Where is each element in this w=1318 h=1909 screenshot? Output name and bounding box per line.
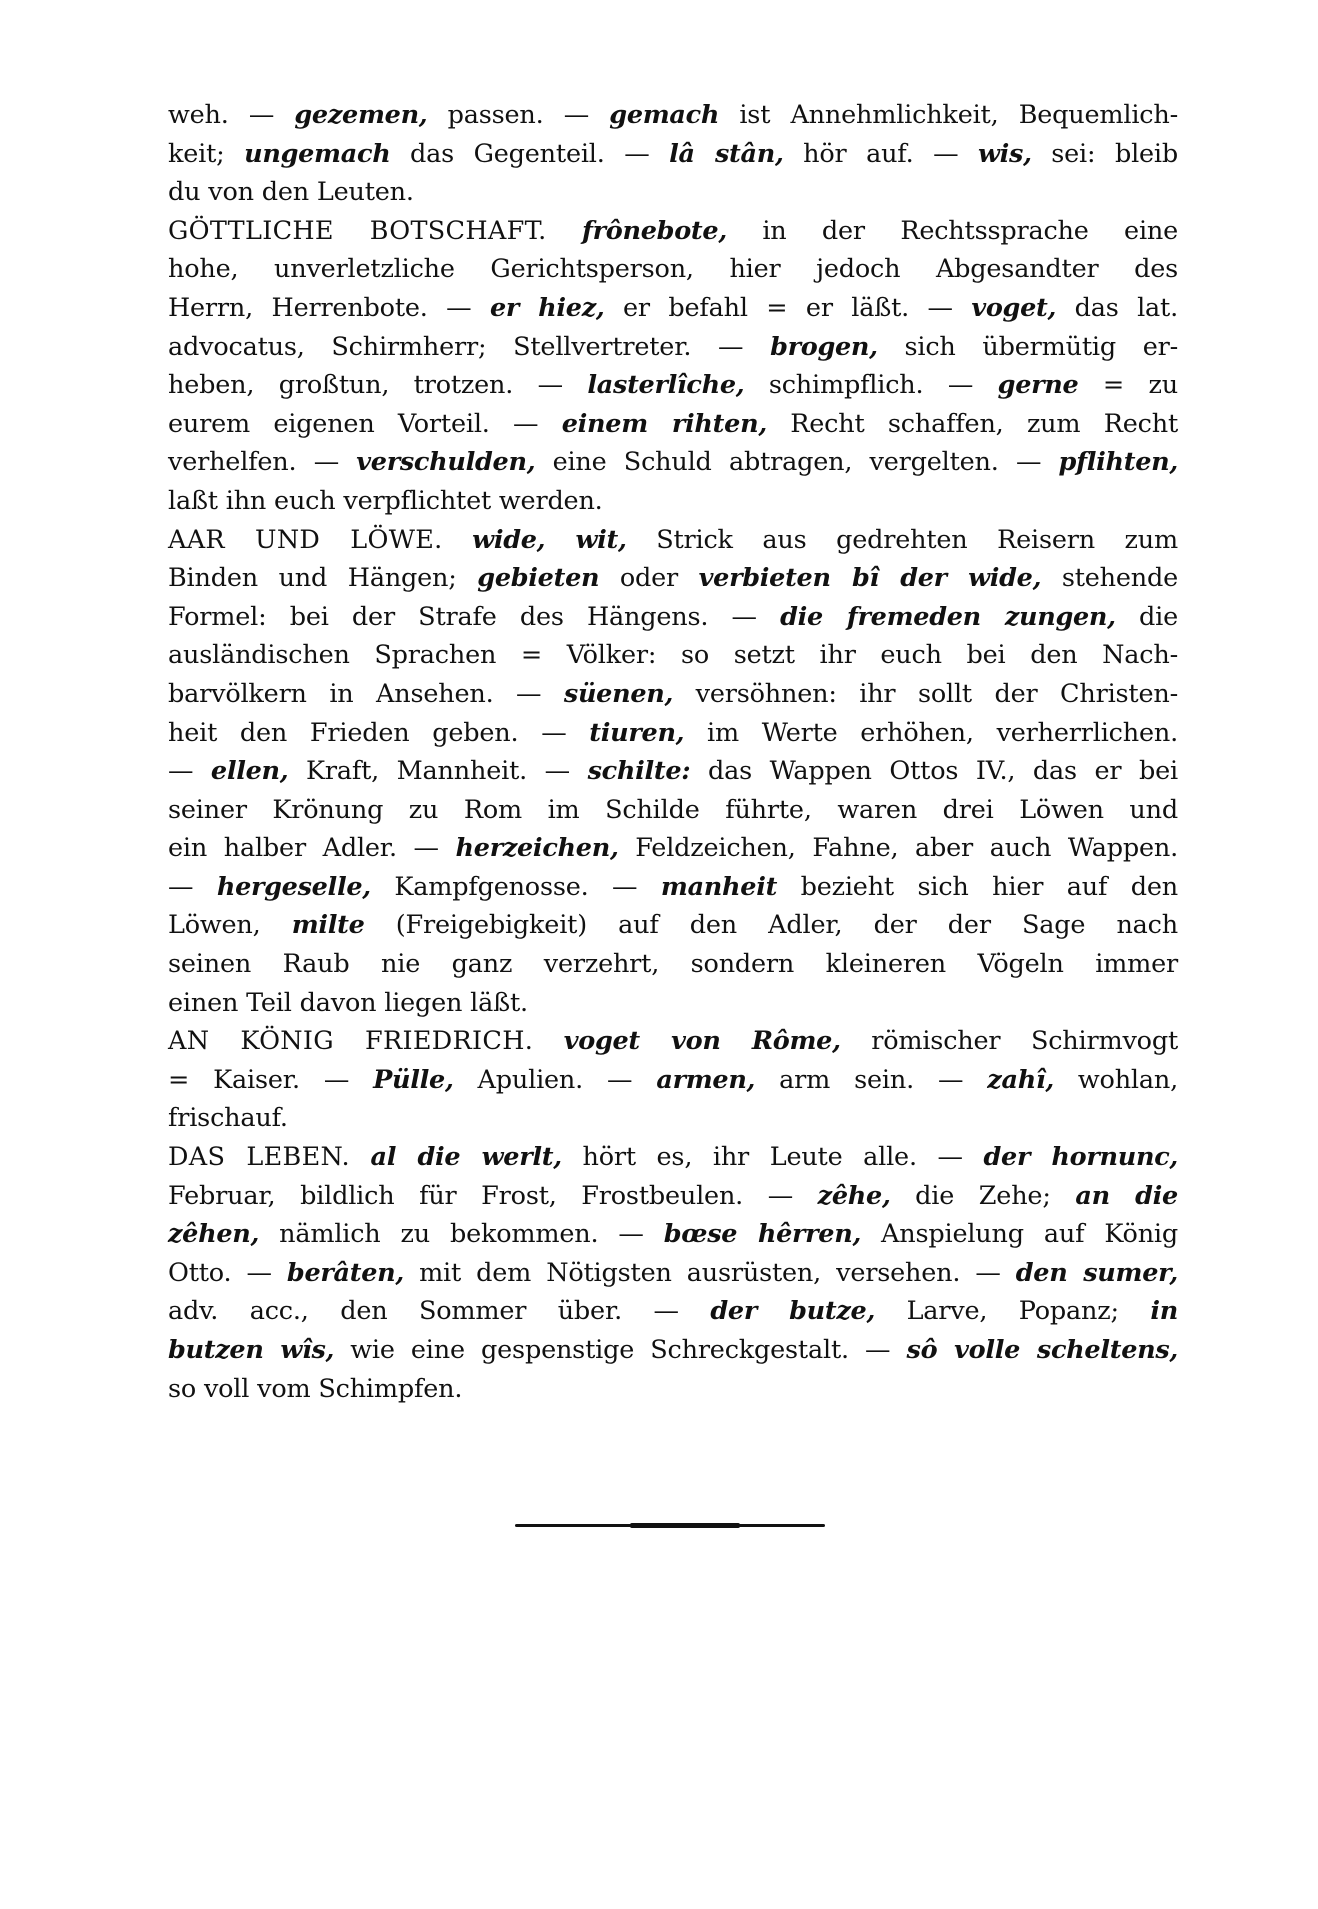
- gloss-text: versöhnen: ihr sollt der Christen-: [673, 679, 1178, 709]
- glossed-term: tiuren,: [589, 718, 684, 748]
- gloss-text: so voll vom Schimpfen.: [168, 1374, 462, 1404]
- text-line: seinen Raub nie ganz verzehrt, sondern k…: [168, 945, 1178, 984]
- gloss-text: (Freigebigkeit) auf den Adler, der der S…: [365, 910, 1178, 940]
- gloss-text: —: [168, 872, 217, 902]
- gloss-text: verhelfen. —: [168, 447, 356, 477]
- gloss-text: keit;: [168, 139, 244, 169]
- gloss-text: ausländischen Sprachen = Völker: so setz…: [168, 640, 1178, 670]
- gloss-text: Recht schaffen, zum Recht: [767, 409, 1178, 439]
- text-line: Herrn, Herrenbote. — er hiez, er befahl …: [168, 289, 1178, 328]
- glossed-term: einem rihten,: [562, 409, 767, 439]
- end-of-section-rule: [515, 1524, 825, 1527]
- gloss-text: mit dem Nötigsten ausrüsten, versehen. —: [404, 1258, 1016, 1288]
- glossed-term: wis,: [978, 139, 1032, 169]
- glossed-term: schilte:: [588, 756, 691, 786]
- glossed-term: lasterlîche,: [587, 370, 744, 400]
- glossed-term: gebieten: [477, 563, 599, 593]
- gloss-text: [533, 1026, 564, 1056]
- text-line: — ellen, Kraft, Mannheit. — schilte: das…: [168, 752, 1178, 791]
- gloss-text: adv. acc., den Sommer über. —: [168, 1296, 710, 1326]
- gloss-text: die Zehe;: [891, 1181, 1076, 1211]
- gloss-text: ist Annehmlichkeit, Bequemlich-: [719, 100, 1178, 130]
- glossed-term: er hiez,: [490, 293, 605, 323]
- glossed-term: gerne: [998, 370, 1079, 400]
- gloss-text: eine Schuld abtragen, vergelten. —: [535, 447, 1058, 477]
- text-line: advocatus, Schirmherr; Stellvertreter. —…: [168, 328, 1178, 367]
- text-line: laßt ihn euch verpflichtet werden.: [168, 482, 1178, 521]
- glossed-term: an die: [1075, 1181, 1178, 1211]
- text-line: barvölkern in Ansehen. — süenen, versöhn…: [168, 675, 1178, 714]
- gloss-text: seinen Raub nie ganz verzehrt, sondern k…: [168, 949, 1178, 979]
- text-line: zêhen, nämlich zu bekommen. — bœse hêrre…: [168, 1215, 1178, 1254]
- glossed-term: den sumer,: [1016, 1258, 1178, 1288]
- gloss-text: Kampfgenosse. —: [371, 872, 661, 902]
- gloss-text: barvölkern in Ansehen. —: [168, 679, 564, 709]
- gloss-text: Apulien. —: [454, 1065, 657, 1095]
- gloss-text: Feldzeichen, Fahne, aber auch Wappen.: [619, 833, 1178, 863]
- glossed-term: brogen,: [770, 332, 878, 362]
- gloss-text: sich übermütig er-: [878, 332, 1178, 362]
- gloss-text: ein halber Adler. —: [168, 833, 456, 863]
- gloss-text: er befahl = er läßt. —: [604, 293, 971, 323]
- glossed-term: milte: [292, 910, 365, 940]
- section-heading: DAS LEBEN.: [168, 1142, 350, 1172]
- gloss-text: Strick aus gedrehten Reisern zum: [627, 525, 1178, 555]
- glossed-term: gezemen,: [294, 100, 427, 130]
- glossed-term: der butze,: [710, 1296, 875, 1326]
- section-heading: AN KÖNIG FRIEDRICH.: [168, 1026, 533, 1056]
- text-line: weh. — gezemen, passen. — gemach ist Ann…: [168, 96, 1178, 135]
- gloss-text: einen Teil davon liegen läßt.: [168, 988, 528, 1018]
- gloss-text: eurem eigenen Vorteil. —: [168, 409, 562, 439]
- glossed-term: der hornunc,: [983, 1142, 1178, 1172]
- text-line: = Kaiser. — Pülle, Apulien. — armen, arm…: [168, 1061, 1178, 1100]
- gloss-text: frischauf.: [168, 1103, 288, 1133]
- gloss-text: hohe, unverletzliche Gerichtsperson, hie…: [168, 254, 1178, 284]
- text-line: verhelfen. — verschulden, eine Schuld ab…: [168, 443, 1178, 482]
- glossed-term: voget,: [971, 293, 1056, 323]
- gloss-text: —: [168, 756, 211, 786]
- gloss-text: wohlan,: [1054, 1065, 1178, 1095]
- gloss-text: römischer Schirmvogt: [841, 1026, 1178, 1056]
- glossed-term: herzeichen,: [456, 833, 619, 863]
- gloss-text: passen. —: [427, 100, 609, 130]
- gloss-text: das Gegenteil. —: [390, 139, 669, 169]
- gloss-text: stehende: [1041, 563, 1178, 593]
- gloss-text: nämlich zu bekommen. —: [259, 1219, 664, 1249]
- gloss-text: [547, 216, 582, 246]
- gloss-text: weh. —: [168, 100, 294, 130]
- gloss-text: advocatus, Schirmherr; Stellvertreter. —: [168, 332, 770, 362]
- gloss-text: oder: [599, 563, 698, 593]
- text-line: du von den Leuten.: [168, 173, 1178, 212]
- gloss-text: Otto. —: [168, 1258, 287, 1288]
- glossed-term: voget von Rôme,: [564, 1026, 841, 1056]
- glossed-term: wide, wit,: [472, 525, 626, 555]
- gloss-text: wie eine gespenstige Schreckgestalt. —: [334, 1335, 906, 1365]
- text-line: heit den Frieden geben. — tiuren, im Wer…: [168, 714, 1178, 753]
- gloss-text: Kraft, Mannheit. —: [288, 756, 587, 786]
- gloss-text: du von den Leuten.: [168, 177, 414, 207]
- glossed-term: lâ stân,: [669, 139, 783, 169]
- glossed-term: zahî,: [987, 1065, 1054, 1095]
- glossed-term: ellen,: [211, 756, 288, 786]
- gloss-text: schimpflich. —: [744, 370, 997, 400]
- text-line: einen Teil davon liegen läßt.: [168, 984, 1178, 1023]
- glossed-term: verbieten bî der wide,: [699, 563, 1042, 593]
- glossed-term: ungemach: [244, 139, 390, 169]
- text-line: keit; ungemach das Gegenteil. — lâ stân,…: [168, 135, 1178, 174]
- gloss-text: heit den Frieden geben. —: [168, 718, 589, 748]
- glossed-term: zêhe,: [818, 1181, 891, 1211]
- glossed-term: manheit: [661, 872, 777, 902]
- gloss-text: laßt ihn euch verpflichtet werden.: [168, 486, 603, 516]
- gloss-text: Binden und Hängen;: [168, 563, 477, 593]
- gloss-text: die: [1116, 602, 1178, 632]
- glossed-term: Pülle,: [373, 1065, 453, 1095]
- text-line: Löwen, milte (Freigebigkeit) auf den Adl…: [168, 906, 1178, 945]
- text-line: AAR UND LÖWE. wide, wit, Strick aus gedr…: [168, 521, 1178, 560]
- text-line: AN KÖNIG FRIEDRICH. voget von Rôme, römi…: [168, 1022, 1178, 1061]
- text-line: hohe, unverletzliche Gerichtsperson, hie…: [168, 250, 1178, 289]
- text-line: so voll vom Schimpfen.: [168, 1370, 1178, 1409]
- glossed-term: bœse hêrren,: [664, 1219, 861, 1249]
- text-line: butzen wîs, wie eine gespenstige Schreck…: [168, 1331, 1178, 1370]
- text-line: — hergeselle, Kampfgenosse. — manheit be…: [168, 868, 1178, 907]
- glossed-term: pflihten,: [1059, 447, 1178, 477]
- glossed-term: armen,: [656, 1065, 755, 1095]
- page-text-block: weh. — gezemen, passen. — gemach ist Ann…: [168, 96, 1178, 1408]
- gloss-text: das lat.: [1056, 293, 1178, 323]
- gloss-text: [350, 1142, 371, 1172]
- text-line: Otto. — berâten, mit dem Nötigsten ausrü…: [168, 1254, 1178, 1293]
- glossed-term: gemach: [609, 100, 719, 130]
- gloss-text: Löwen,: [168, 910, 292, 940]
- gloss-text: Larve, Popanz;: [875, 1296, 1150, 1326]
- glossed-term: zêhen,: [168, 1219, 259, 1249]
- text-line: seiner Krönung zu Rom im Schilde führte,…: [168, 791, 1178, 830]
- gloss-text: Anspielung auf König: [861, 1219, 1178, 1249]
- gloss-text: hör auf. —: [784, 139, 978, 169]
- gloss-text: im Werte erhöhen, verherrlichen.: [684, 718, 1178, 748]
- gloss-text: hört es, ihr Leute alle. —: [562, 1142, 984, 1172]
- text-line: Binden und Hängen; gebieten oder verbiet…: [168, 559, 1178, 598]
- gloss-text: das Wappen Ottos IV., das er bei: [690, 756, 1178, 786]
- gloss-text: heben, großtun, trotzen. —: [168, 370, 587, 400]
- text-line: frischauf.: [168, 1099, 1178, 1138]
- text-line: ein halber Adler. — herzeichen, Feldzeic…: [168, 829, 1178, 868]
- text-line: heben, großtun, trotzen. — lasterlîche, …: [168, 366, 1178, 405]
- text-line: eurem eigenen Vorteil. — einem rihten, R…: [168, 405, 1178, 444]
- gloss-text: Herrn, Herrenbote. —: [168, 293, 490, 323]
- glossed-term: berâten,: [287, 1258, 404, 1288]
- gloss-text: [443, 525, 473, 555]
- gloss-text: = Kaiser. —: [168, 1065, 373, 1095]
- text-line: DAS LEBEN. al die werlt, hört es, ihr Le…: [168, 1138, 1178, 1177]
- section-heading: AAR UND LÖWE.: [168, 525, 443, 555]
- gloss-text: Februar, bildlich für Frost, Frostbeulen…: [168, 1181, 818, 1211]
- glossed-term: frônebote,: [582, 216, 727, 246]
- gloss-text: in der Rechtssprache eine: [727, 216, 1178, 246]
- glossed-term: butzen wîs,: [168, 1335, 334, 1365]
- glossed-term: süenen,: [564, 679, 673, 709]
- gloss-text: Formel: bei der Strafe des Hängens. —: [168, 602, 780, 632]
- text-line: Februar, bildlich für Frost, Frostbeulen…: [168, 1177, 1178, 1216]
- glossed-term: die fremeden zungen,: [780, 602, 1116, 632]
- gloss-text: bezieht sich hier auf den: [777, 872, 1178, 902]
- gloss-text: sei: bleib: [1032, 139, 1178, 169]
- glossed-term: al die werlt,: [371, 1142, 562, 1172]
- gloss-text: = zu: [1078, 370, 1178, 400]
- text-line: GÖTTLICHE BOTSCHAFT. frônebote, in der R…: [168, 212, 1178, 251]
- glossed-term: in: [1150, 1296, 1178, 1326]
- section-heading: GÖTTLICHE BOTSCHAFT.: [168, 216, 547, 246]
- gloss-text: arm sein. —: [755, 1065, 987, 1095]
- glossed-term: hergeselle,: [217, 872, 371, 902]
- glossed-term: verschulden,: [356, 447, 535, 477]
- text-line: adv. acc., den Sommer über. — der butze,…: [168, 1292, 1178, 1331]
- text-line: Formel: bei der Strafe des Hängens. — di…: [168, 598, 1178, 637]
- glossed-term: sô volle scheltens,: [907, 1335, 1178, 1365]
- text-line: ausländischen Sprachen = Völker: so setz…: [168, 636, 1178, 675]
- gloss-text: seiner Krönung zu Rom im Schilde führte,…: [168, 795, 1178, 825]
